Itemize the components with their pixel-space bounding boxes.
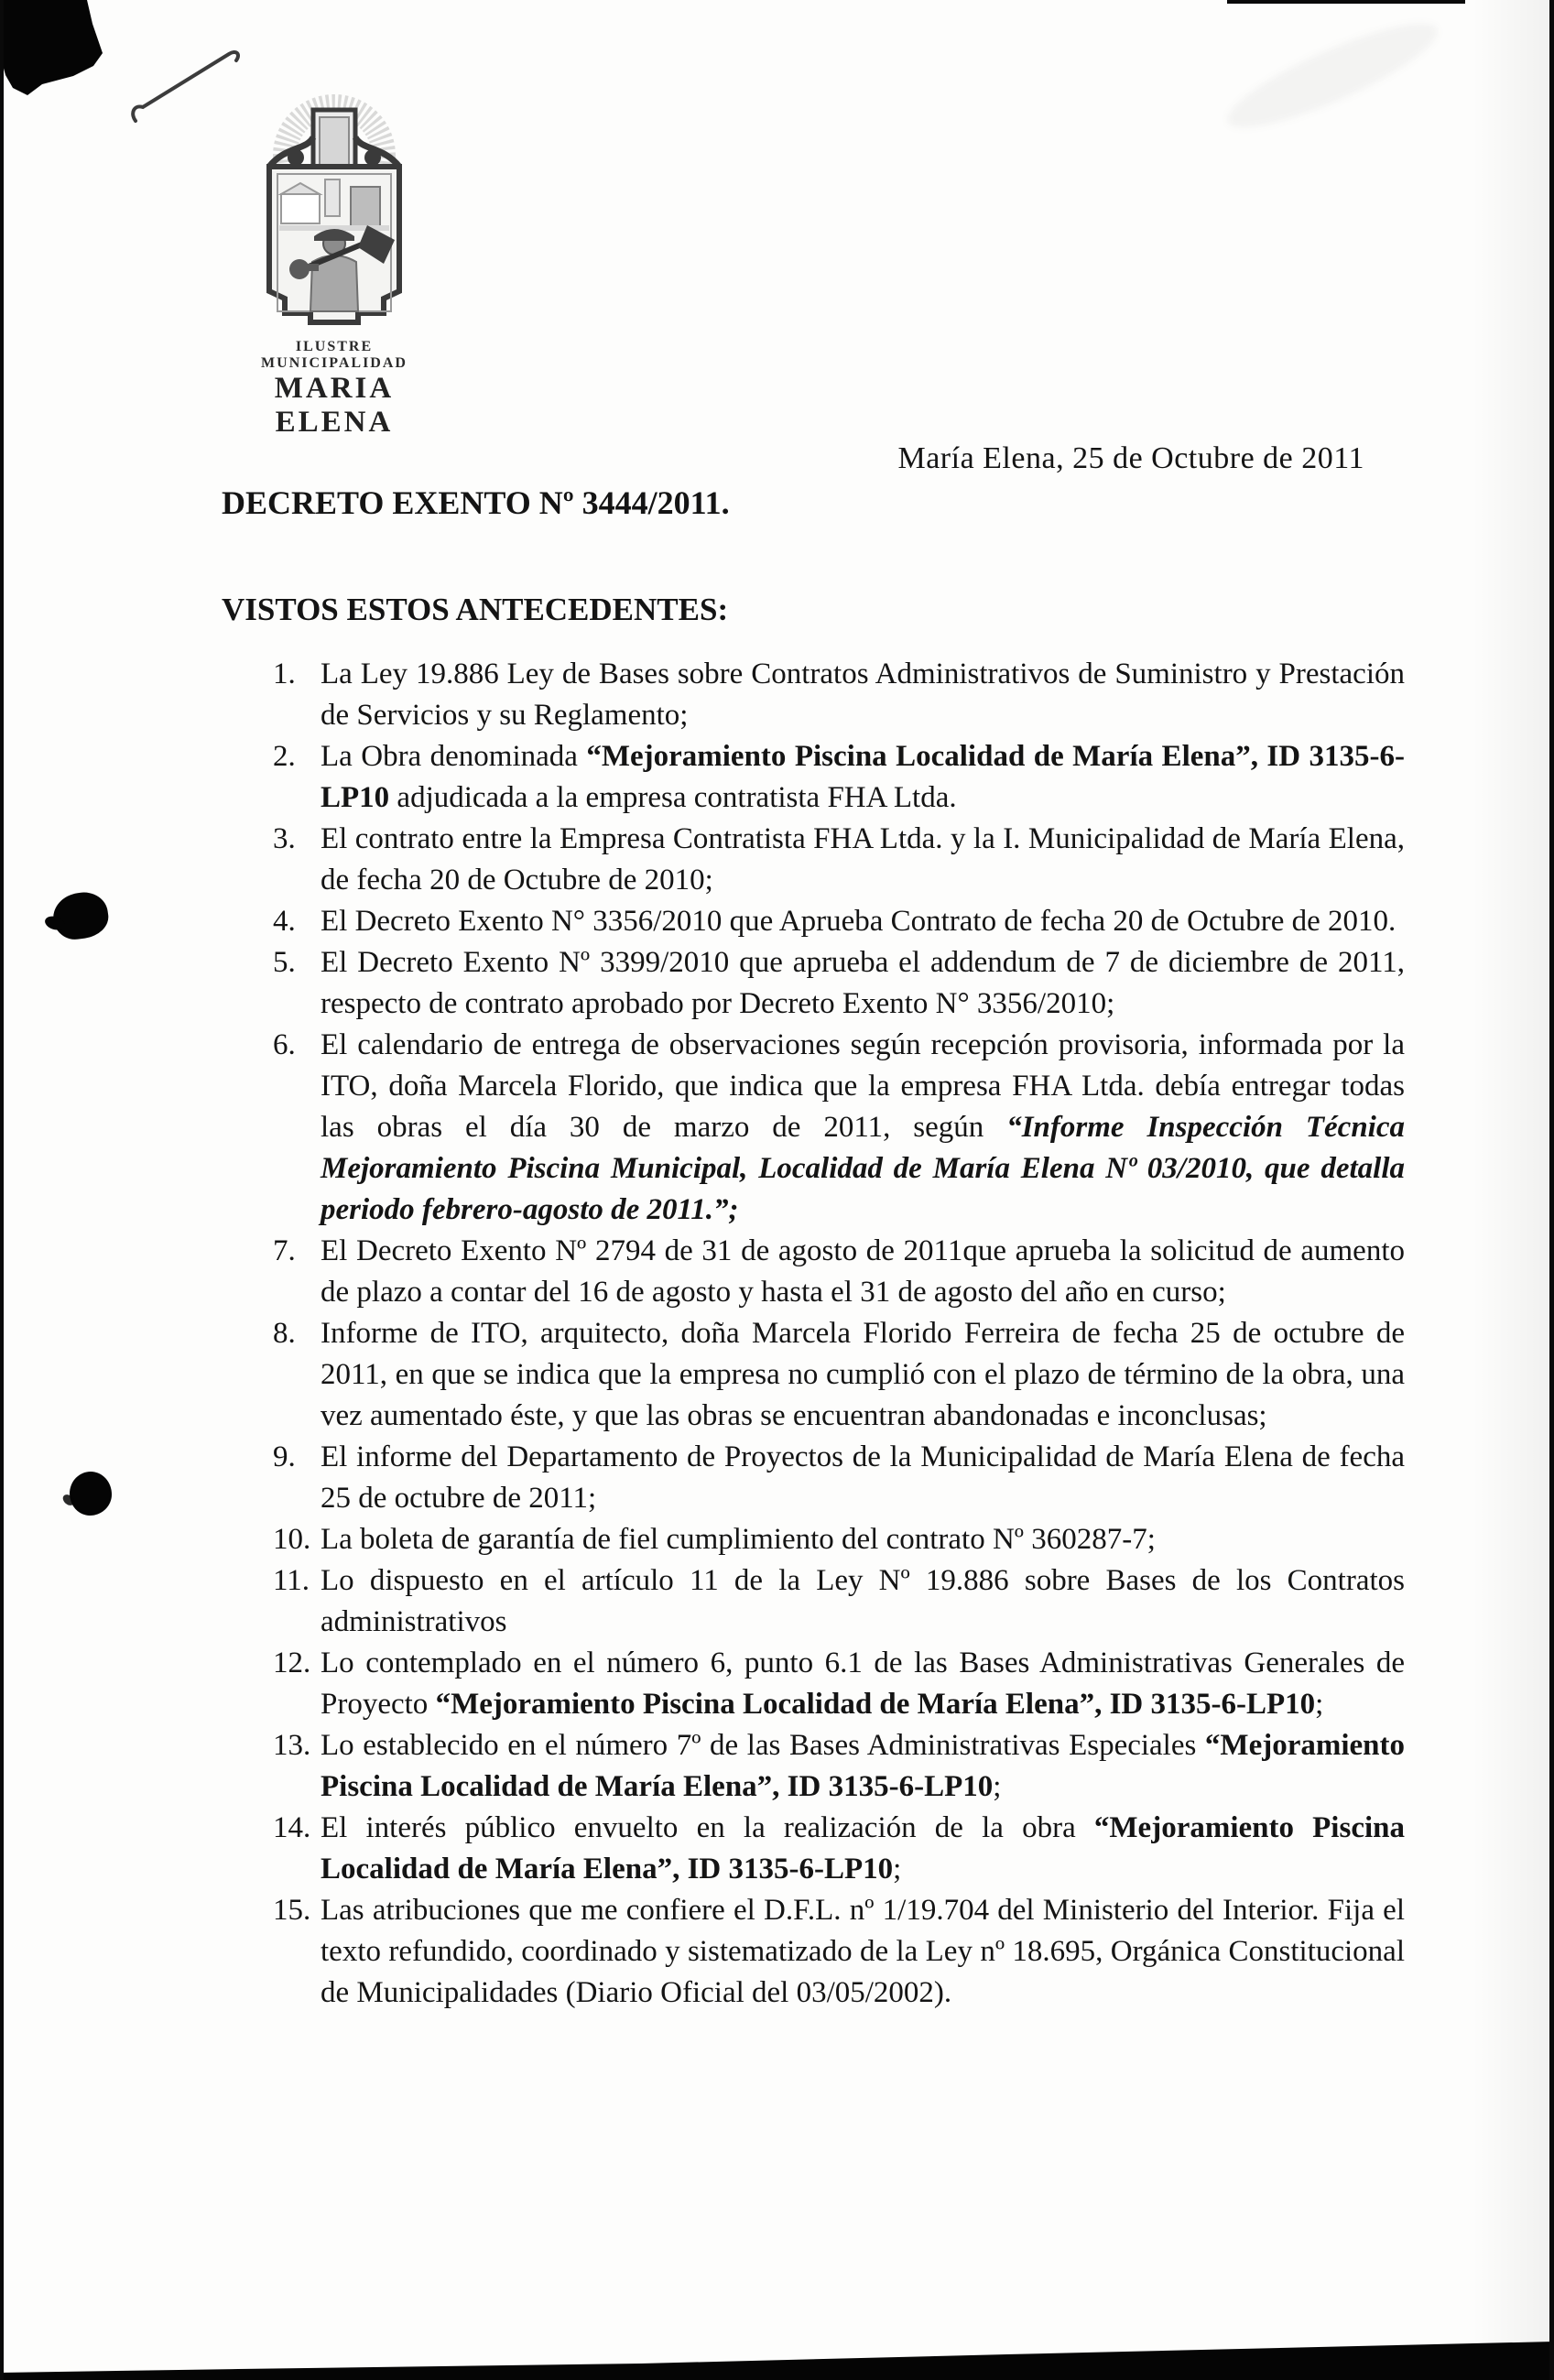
- seal-municipality-name: MARIA ELENA: [220, 372, 449, 440]
- antecedente-number: 11.: [273, 1560, 321, 1602]
- antecedente-text: El calendario de entrega de observacione…: [321, 1025, 1405, 1231]
- antecedente-number: 9.: [273, 1437, 321, 1478]
- antecedente-text: Informe de ITO, arquitecto, doña Marcela…: [321, 1313, 1405, 1437]
- antecedente-number: 14.: [273, 1808, 321, 1849]
- ink-dot-artifact: [50, 889, 111, 942]
- antecedente-text: Lo dispuesto en el artículo 11 de la Ley…: [321, 1560, 1405, 1643]
- antecedente-number: 7.: [273, 1231, 321, 1272]
- scan-left-edge-line: [0, 0, 4, 2380]
- antecedente-text: Lo contemplado en el número 6, punto 6.1…: [321, 1643, 1405, 1725]
- antecedente-item: 11.Lo dispuesto en el artículo 11 de la …: [273, 1560, 1405, 1643]
- seal-institution-line: ILUSTRE MUNICIPALIDAD: [220, 339, 449, 372]
- antecedente-text: El Decreto Exento N° 3356/2010 que Aprue…: [321, 901, 1405, 942]
- municipal-seal-block: ILUSTRE MUNICIPALIDAD MARIA ELENA: [220, 92, 449, 440]
- antecedente-item: 3.El contrato entre la Empresa Contratis…: [273, 819, 1405, 901]
- antecedente-text: El Decreto Exento Nº 3399/2010 que aprue…: [321, 942, 1405, 1025]
- scan-smudge: [1218, 6, 1448, 146]
- antecedente-item: 15.Las atribuciones que me confiere el D…: [273, 1890, 1405, 2014]
- antecedente-text: Lo establecido en el número 7º de las Ba…: [321, 1725, 1405, 1808]
- scan-right-edge-line: [1549, 0, 1554, 2380]
- antecedente-item: 13.Lo establecido en el número 7º de las…: [273, 1725, 1405, 1808]
- antecedente-number: 4.: [273, 901, 321, 942]
- antecedente-number: 6.: [273, 1025, 321, 1066]
- antecedente-item: 1.La Ley 19.886 Ley de Bases sobre Contr…: [273, 654, 1405, 736]
- antecedente-item: 6.El calendario de entrega de observacio…: [273, 1025, 1405, 1231]
- antecedente-item: 8.Informe de ITO, arquitecto, doña Marce…: [273, 1313, 1405, 1437]
- antecedente-number: 15.: [273, 1890, 321, 1931]
- antecedente-number: 13.: [273, 1725, 321, 1766]
- antecedente-text: La boleta de garantía de fiel cumplimien…: [321, 1519, 1405, 1560]
- ink-dot-artifact: [70, 1472, 112, 1516]
- scan-ink-blob-artifact: [0, 0, 119, 119]
- antecedente-text: Las atribuciones que me confiere el D.F.…: [321, 1890, 1405, 2014]
- antecedente-number: 1.: [273, 654, 321, 695]
- antecedente-item: 10.La boleta de garantía de fiel cumplim…: [273, 1519, 1405, 1560]
- antecedente-item: 9.El informe del Departamento de Proyect…: [273, 1437, 1405, 1519]
- section-heading: VISTOS ESTOS ANTECEDENTES:: [222, 592, 728, 628]
- antecedente-number: 3.: [273, 819, 321, 860]
- antecedente-item: 4.El Decreto Exento N° 3356/2010 que Apr…: [273, 901, 1405, 942]
- antecedente-text: La Obra denominada “Mejoramiento Piscina…: [321, 736, 1405, 819]
- antecedente-item: 2.La Obra denominada “Mejoramiento Pisci…: [273, 736, 1405, 819]
- antecedentes-list: 1.La Ley 19.886 Ley de Bases sobre Contr…: [273, 654, 1405, 2014]
- antecedente-text: La Ley 19.886 Ley de Bases sobre Contrat…: [321, 654, 1405, 736]
- antecedente-item: 14.El interés público envuelto en la rea…: [273, 1808, 1405, 1890]
- antecedente-item: 5.El Decreto Exento Nº 3399/2010 que apr…: [273, 942, 1405, 1025]
- scanned-decree-page: ILUSTRE MUNICIPALIDAD MARIA ELENA María …: [0, 0, 1554, 2380]
- antecedente-text: El Decreto Exento Nº 2794 de 31 de agost…: [321, 1231, 1405, 1313]
- antecedente-item: 7.El Decreto Exento Nº 2794 de 31 de ago…: [273, 1231, 1405, 1313]
- maria-elena-seal-icon: [255, 92, 413, 335]
- antecedente-text: El interés público envuelto en la realiz…: [321, 1808, 1405, 1890]
- dateline: María Elena, 25 de Octubre de 2011: [897, 441, 1364, 476]
- scan-bottom-band-artifact: [0, 2339, 1554, 2380]
- antecedente-number: 12.: [273, 1643, 321, 1684]
- scan-top-edge-line: [1227, 0, 1465, 4]
- antecedente-item: 12.Lo contemplado en el número 6, punto …: [273, 1643, 1405, 1725]
- antecedente-number: 2.: [273, 736, 321, 777]
- antecedente-number: 8.: [273, 1313, 321, 1354]
- antecedente-text: El contrato entre la Empresa Contratista…: [321, 819, 1405, 901]
- antecedente-number: 10.: [273, 1519, 321, 1560]
- scan-edge-shading: [1472, 0, 1554, 2380]
- decree-title: DECRETO EXENTO Nº 3444/2011.: [222, 484, 730, 522]
- antecedente-number: 5.: [273, 942, 321, 984]
- antecedente-text: El informe del Departamento de Proyectos…: [321, 1437, 1405, 1519]
